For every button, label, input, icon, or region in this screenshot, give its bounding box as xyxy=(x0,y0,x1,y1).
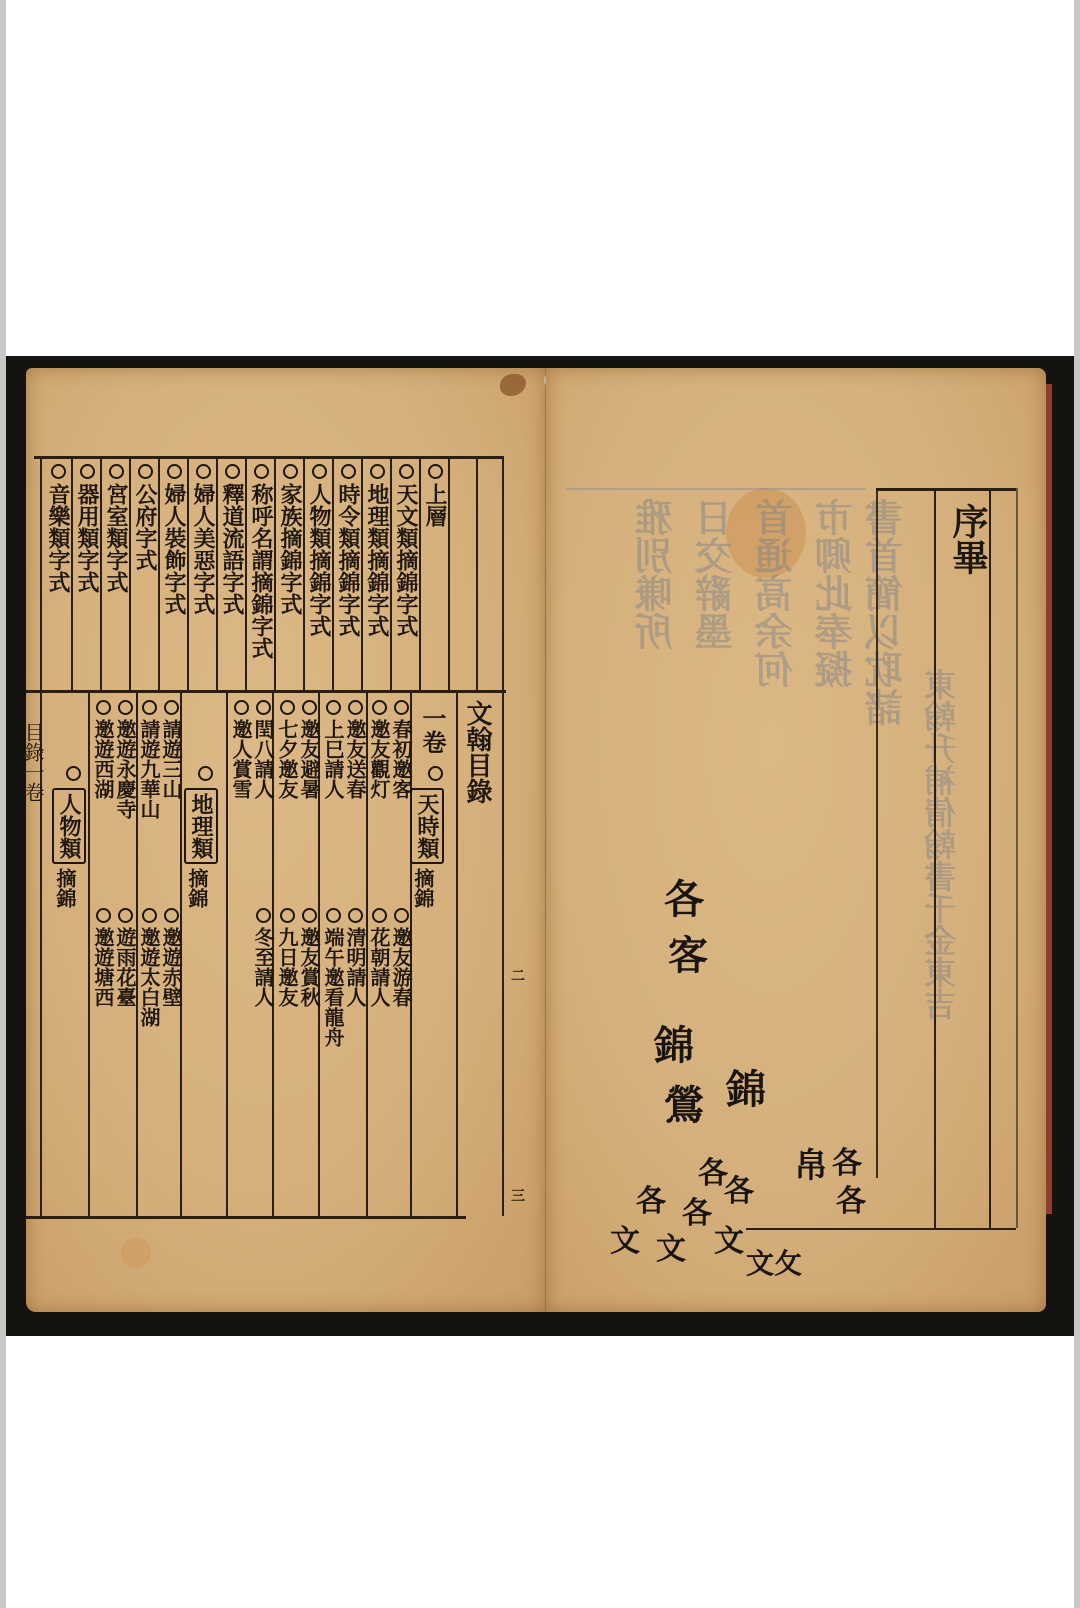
ghost-column: 日交辭墨 xyxy=(696,498,738,650)
frame-rule xyxy=(989,488,991,1228)
entry-text: 邀遊西湖 xyxy=(91,719,115,799)
entry-text: 邀友送春 xyxy=(343,719,367,799)
handwritten-char: 客 xyxy=(668,924,708,981)
category-box-renwu: 人物類 xyxy=(52,788,86,864)
folio-mark: 二 xyxy=(506,968,528,982)
entry-text: 邀友避暑 xyxy=(297,719,321,799)
upper-entry: 音樂類字式 xyxy=(45,464,71,593)
thread-knot xyxy=(500,374,526,396)
entry-text: 邀友觀灯 xyxy=(367,719,391,799)
circle-marker-icon xyxy=(80,464,95,479)
entry-text: 邀遊太白湖 xyxy=(137,927,161,1027)
upper-entry: 人物類摘錦字式 xyxy=(306,464,332,637)
circle-marker-icon xyxy=(428,464,443,479)
col-rule xyxy=(216,458,218,690)
entry-text: 九日邀友 xyxy=(275,927,299,1007)
entry: 九日邀友 xyxy=(276,908,298,1007)
category-marker xyxy=(192,766,218,785)
upper-entry: 公府字式 xyxy=(132,464,158,571)
handwritten-char: 文 xyxy=(714,1216,744,1260)
col-rule xyxy=(100,458,102,690)
entry: 閏八請人 xyxy=(252,700,274,799)
circle-marker-icon xyxy=(312,464,327,479)
upper-heading: 上層 xyxy=(422,464,448,527)
category-box-dili: 地理類 xyxy=(184,788,218,864)
category-marker xyxy=(60,766,86,785)
entry: 邀友送春 xyxy=(344,700,366,799)
volume-label: 一卷 xyxy=(418,706,446,754)
entry-text: 音樂類字式 xyxy=(45,483,71,593)
upper-entry: 婦人美惡字式 xyxy=(190,464,216,615)
circle-marker-icon xyxy=(164,700,179,715)
margin-label: 目錄一卷 xyxy=(22,722,44,802)
entry-text: 家族摘錦字式 xyxy=(277,483,303,615)
entry: 春初邀客 xyxy=(390,700,412,799)
entry-text: 冬至請人 xyxy=(251,927,275,1007)
handwritten-char: 鶯 xyxy=(664,1074,704,1131)
handwritten-char: 文 xyxy=(610,1216,640,1260)
handwritten-char: 帛 xyxy=(794,1138,828,1187)
entry-text: 端午邀看龍舟 xyxy=(321,927,345,1047)
circle-marker-icon xyxy=(164,908,179,923)
entry-text: 称呼名謂摘錦字式 xyxy=(248,483,274,659)
upper-entry: 宮室類字式 xyxy=(103,464,129,593)
register-divider-rule xyxy=(26,690,506,693)
bottom-frame-rule xyxy=(746,1228,1016,1230)
handwritten-char: 文 xyxy=(656,1224,686,1268)
entry-text: 地理類摘錦字式 xyxy=(364,483,390,637)
circle-marker-icon xyxy=(399,464,414,479)
viewer-right-border xyxy=(1074,0,1080,1608)
circle-marker-icon xyxy=(372,700,387,715)
col-rule xyxy=(88,693,90,1216)
entry-text: 邀友游春 xyxy=(389,927,413,1007)
folio-mark: 三 xyxy=(506,1188,528,1202)
col-rule xyxy=(187,458,189,690)
handwritten-char: 各 xyxy=(836,1176,866,1220)
category-sub: 摘錦 xyxy=(412,868,434,908)
entry-text: 請遊九華山 xyxy=(137,719,161,819)
col-rule xyxy=(129,458,131,690)
entry: 邀友觀灯 xyxy=(368,700,390,799)
entry: 邀遊赤壁 xyxy=(160,908,182,1007)
entry: 邀友賞秋 xyxy=(298,908,320,1007)
upper-entry: 地理類摘錦字式 xyxy=(364,464,390,637)
frame-rule xyxy=(934,488,936,1228)
circle-marker-icon xyxy=(225,464,240,479)
handwritten-char: 各 xyxy=(636,1176,666,1220)
entry-text: 婦人美惡字式 xyxy=(190,483,216,615)
entry-text: 婦人裝飾字式 xyxy=(161,483,187,615)
handwritten-char: 各 xyxy=(724,1166,754,1210)
entry-text: 上巳請人 xyxy=(321,719,345,799)
entry: 邀遊太白湖 xyxy=(138,908,160,1027)
top-frame-rule xyxy=(876,488,1016,491)
ghost-column: 東翰升補倩翰書千金東吉 xyxy=(922,668,962,1020)
entry-text: 邀遊永慶寺 xyxy=(113,719,137,819)
circle-marker-icon xyxy=(302,908,317,923)
col-rule xyxy=(158,458,160,690)
circle-marker-icon xyxy=(142,700,157,715)
entry: 七夕邀友 xyxy=(276,700,298,799)
category-box-tianshi: 天時類 xyxy=(410,788,444,864)
entry-text: 釋道流語字式 xyxy=(219,483,245,615)
circle-marker-icon xyxy=(96,700,111,715)
entry: 端午邀看龍舟 xyxy=(322,908,344,1047)
entry: 請遊三山 xyxy=(160,700,182,799)
circle-marker-icon xyxy=(370,464,385,479)
category-sub: 摘錦 xyxy=(54,868,76,908)
category-sub: 摘錦 xyxy=(186,868,208,908)
col-rule xyxy=(245,458,247,690)
right-page: 書首簡以耽諸 市卿此奉擬 首通高余何 日交辭墨 雅別嗛所 東翰升補倩翰書千金東吉… xyxy=(546,368,1046,1312)
circle-marker-icon xyxy=(428,766,443,781)
entry: 邀友避暑 xyxy=(298,700,320,799)
frame-rule xyxy=(876,488,878,1178)
circle-marker-icon xyxy=(348,908,363,923)
col-rule xyxy=(390,458,392,690)
handwritten-char: 各 xyxy=(682,1188,712,1232)
ghost-column: 雅別嗛所 xyxy=(636,498,678,650)
entry: 冬至請人 xyxy=(252,908,274,1007)
circle-marker-icon xyxy=(198,766,213,781)
circle-marker-icon xyxy=(138,464,153,479)
frame-rule xyxy=(1016,488,1018,1228)
handwritten-char: 文攵 xyxy=(746,1242,802,1282)
circle-marker-icon xyxy=(51,464,66,479)
circle-marker-icon xyxy=(256,700,271,715)
left-page: 上層 天文類摘錦字式 地理類摘錦字式 時令類摘錦字式 人物類摘錦字式 家族摘錦字… xyxy=(26,368,546,1312)
entry-text: 邀遊赤壁 xyxy=(159,927,183,1007)
circle-marker-icon xyxy=(372,908,387,923)
toc-title: 文翰目錄 xyxy=(462,700,492,804)
circle-marker-icon xyxy=(254,464,269,479)
circle-marker-icon xyxy=(283,464,298,479)
upper-entry: 時令類摘錦字式 xyxy=(335,464,361,637)
col-rule xyxy=(274,458,276,690)
handwritten-char: 錦 xyxy=(726,1058,766,1115)
entry-text: 天文類摘錦字式 xyxy=(393,483,419,637)
entry-text: 花朝請人 xyxy=(367,927,391,1007)
book-scan: 上層 天文類摘錦字式 地理類摘錦字式 時令類摘錦字式 人物類摘錦字式 家族摘錦字… xyxy=(6,356,1074,1336)
circle-marker-icon xyxy=(326,700,341,715)
circle-marker-icon xyxy=(256,908,271,923)
col-rule xyxy=(361,458,363,690)
upper-register-top-rule xyxy=(34,456,504,459)
paper-stain xyxy=(121,1238,151,1268)
entry: 邀遊西湖 xyxy=(92,700,114,799)
entry-text: 邀人賞雪 xyxy=(229,719,253,799)
entry: 邀遊塘西 xyxy=(92,908,114,1007)
ghost-column: 首通高余何 xyxy=(756,498,798,688)
upper-entry: 器用類字式 xyxy=(74,464,100,593)
circle-marker-icon xyxy=(348,700,363,715)
entry-text: 邀遊塘西 xyxy=(91,927,115,1007)
circle-marker-icon xyxy=(142,908,157,923)
handwritten-char: 錦 xyxy=(654,1014,694,1071)
circle-marker-icon xyxy=(167,464,182,479)
entry-text: 宮室類字式 xyxy=(103,483,129,593)
handwritten-char: 各 xyxy=(664,868,704,925)
circle-marker-icon xyxy=(196,464,211,479)
section-title: 序畢 xyxy=(946,503,990,575)
ghost-column: 市卿此奉擬 xyxy=(816,498,858,688)
circle-marker-icon xyxy=(341,464,356,479)
outer-left-frame xyxy=(40,456,42,1216)
upper-entry: 称呼名謂摘錦字式 xyxy=(248,464,274,659)
col-rule xyxy=(419,458,421,690)
entry-text: 遊雨花臺 xyxy=(113,927,137,1007)
entry: 清明請人 xyxy=(344,908,366,1007)
entry-text: 人物類摘錦字式 xyxy=(306,483,332,637)
upper-entry: 家族摘錦字式 xyxy=(277,464,303,615)
circle-marker-icon xyxy=(66,766,81,781)
col-rule xyxy=(448,458,450,690)
col-rule xyxy=(303,458,305,690)
upper-entry: 天文類摘錦字式 xyxy=(393,464,419,637)
entry-text: 閏八請人 xyxy=(251,719,275,799)
entry-text: 公府字式 xyxy=(132,483,158,571)
outer-right-frame xyxy=(502,456,504,1216)
entry-text: 時令類摘錦字式 xyxy=(335,483,361,637)
ghost-rule xyxy=(566,488,866,490)
col-rule xyxy=(332,458,334,690)
entry: 邀友游春 xyxy=(390,908,412,1007)
circle-marker-icon xyxy=(118,700,133,715)
entry-text: 春初邀客 xyxy=(389,719,413,799)
bottom-rule xyxy=(26,1216,466,1219)
ghost-column: 書首簡以耽諸 xyxy=(866,498,908,726)
entry-text: 七夕邀友 xyxy=(275,719,299,799)
heading-text: 上層 xyxy=(422,483,448,527)
col-rule xyxy=(456,693,458,1216)
circle-marker-icon xyxy=(280,700,295,715)
upper-entry: 婦人裝飾字式 xyxy=(161,464,187,615)
circle-marker-icon xyxy=(118,908,133,923)
col-rule xyxy=(71,458,73,690)
entry: 花朝請人 xyxy=(368,908,390,1007)
circle-marker-icon xyxy=(280,908,295,923)
entry: 遊雨花臺 xyxy=(114,908,136,1007)
col-rule xyxy=(226,693,228,1216)
entry: 邀人賞雪 xyxy=(230,700,252,799)
circle-marker-icon xyxy=(394,908,409,923)
circle-marker-icon xyxy=(234,700,249,715)
volume-marker xyxy=(422,766,448,785)
entry-text: 器用類字式 xyxy=(74,483,100,593)
entry: 請遊九華山 xyxy=(138,700,160,819)
upper-entry: 釋道流語字式 xyxy=(219,464,245,615)
entry-text: 邀友賞秋 xyxy=(297,927,321,1007)
circle-marker-icon xyxy=(96,908,111,923)
entry: 上巳請人 xyxy=(322,700,344,799)
circle-marker-icon xyxy=(394,700,409,715)
col-rule xyxy=(476,458,478,690)
circle-marker-icon xyxy=(326,908,341,923)
entry-text: 請遊三山 xyxy=(159,719,183,799)
circle-marker-icon xyxy=(302,700,317,715)
entry: 邀遊永慶寺 xyxy=(114,700,136,819)
page-edge-red xyxy=(1046,384,1052,1214)
entry-text: 清明請人 xyxy=(343,927,367,1007)
circle-marker-icon xyxy=(109,464,124,479)
